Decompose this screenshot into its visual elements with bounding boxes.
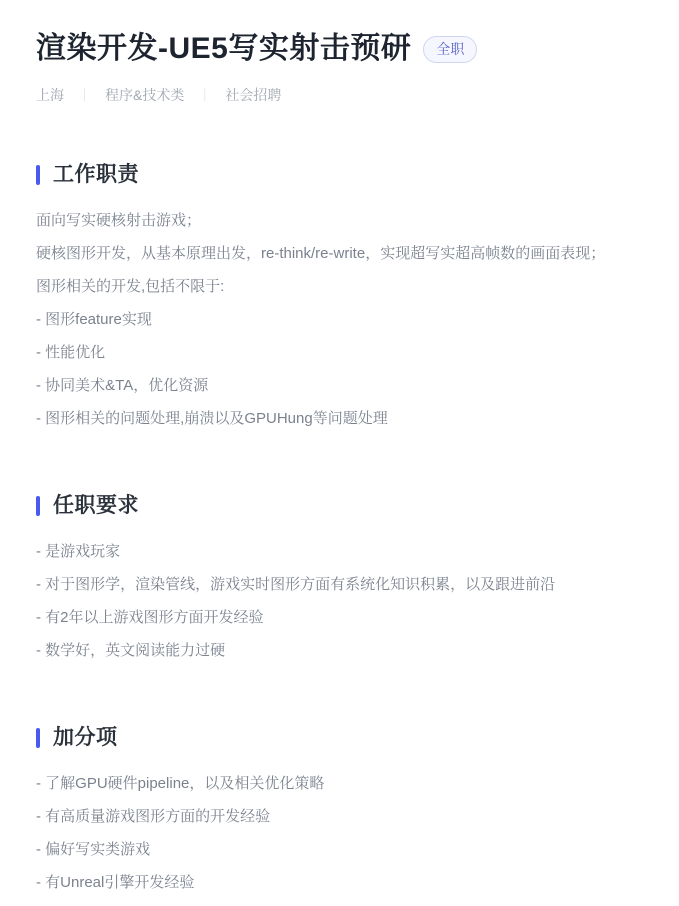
section-header: 任职要求 <box>36 493 643 518</box>
job-location: 上海 <box>36 87 64 104</box>
accent-bar-icon <box>36 728 40 748</box>
section-body: - 了解GPU硬件pipeline，以及相关优化策略 - 有高质量游戏图形方面的… <box>36 767 643 899</box>
body-line: - 图形相关的问题处理,崩溃以及GPUHung等问题处理 <box>36 402 643 435</box>
body-line: 面向写实硬核射击游戏； <box>36 204 643 237</box>
body-line: - 是游戏玩家 <box>36 535 643 568</box>
body-line: - 有高质量游戏图形方面的开发经验 <box>36 800 643 833</box>
section-body: - 是游戏玩家 - 对于图形学，渲染管线，游戏实时图形方面有系统化知识积累，以及… <box>36 535 643 667</box>
body-line: - 图形feature实现 <box>36 303 643 336</box>
section-bonus-points: 加分项 - 了解GPU硬件pipeline，以及相关优化策略 - 有高质量游戏图… <box>36 725 643 899</box>
body-line: 硬核图形开发，从基本原理出发，re-think/re-write，实现超写实超高… <box>36 237 643 270</box>
employment-type-badge: 全职 <box>423 36 477 63</box>
body-line: - 偏好写实类游戏 <box>36 833 643 866</box>
job-category: 程序&技术类 <box>105 87 184 104</box>
section-body: 面向写实硬核射击游戏； 硬核图形开发，从基本原理出发，re-think/re-w… <box>36 204 643 435</box>
meta-separator: ｜ <box>78 87 91 104</box>
body-line: - 数学好，英文阅读能力过硬 <box>36 634 643 667</box>
body-line: 图形相关的开发,包括不限于: <box>36 270 643 303</box>
job-meta: 上海 ｜ 程序&技术类 ｜ 社会招聘 <box>36 87 643 104</box>
section-title: 工作职责 <box>53 162 139 187</box>
job-recruit-type: 社会招聘 <box>225 87 281 104</box>
job-title: 渲染开发-UE5写实射击预研 <box>36 30 411 68</box>
body-line: - 有Unreal引擎开发经验 <box>36 866 643 899</box>
section-responsibilities: 工作职责 面向写实硬核射击游戏； 硬核图形开发，从基本原理出发，re-think… <box>36 162 643 435</box>
job-header: 渲染开发-UE5写实射击预研 全职 <box>36 30 643 68</box>
section-title: 加分项 <box>53 725 118 750</box>
body-line: - 性能优化 <box>36 336 643 369</box>
body-line: - 协同美术&TA，优化资源 <box>36 369 643 402</box>
section-header: 工作职责 <box>36 162 643 187</box>
accent-bar-icon <box>36 496 40 516</box>
body-line: - 了解GPU硬件pipeline，以及相关优化策略 <box>36 767 643 800</box>
section-header: 加分项 <box>36 725 643 750</box>
body-line: - 对于图形学，渲染管线，游戏实时图形方面有系统化知识积累，以及跟进前沿 <box>36 568 643 601</box>
body-line: - 有2年以上游戏图形方面开发经验 <box>36 601 643 634</box>
accent-bar-icon <box>36 165 40 185</box>
section-title: 任职要求 <box>53 493 139 518</box>
meta-separator: ｜ <box>198 87 211 104</box>
section-requirements: 任职要求 - 是游戏玩家 - 对于图形学，渲染管线，游戏实时图形方面有系统化知识… <box>36 493 643 667</box>
job-detail-page: 渲染开发-UE5写实射击预研 全职 上海 ｜ 程序&技术类 ｜ 社会招聘 工作职… <box>0 30 679 899</box>
